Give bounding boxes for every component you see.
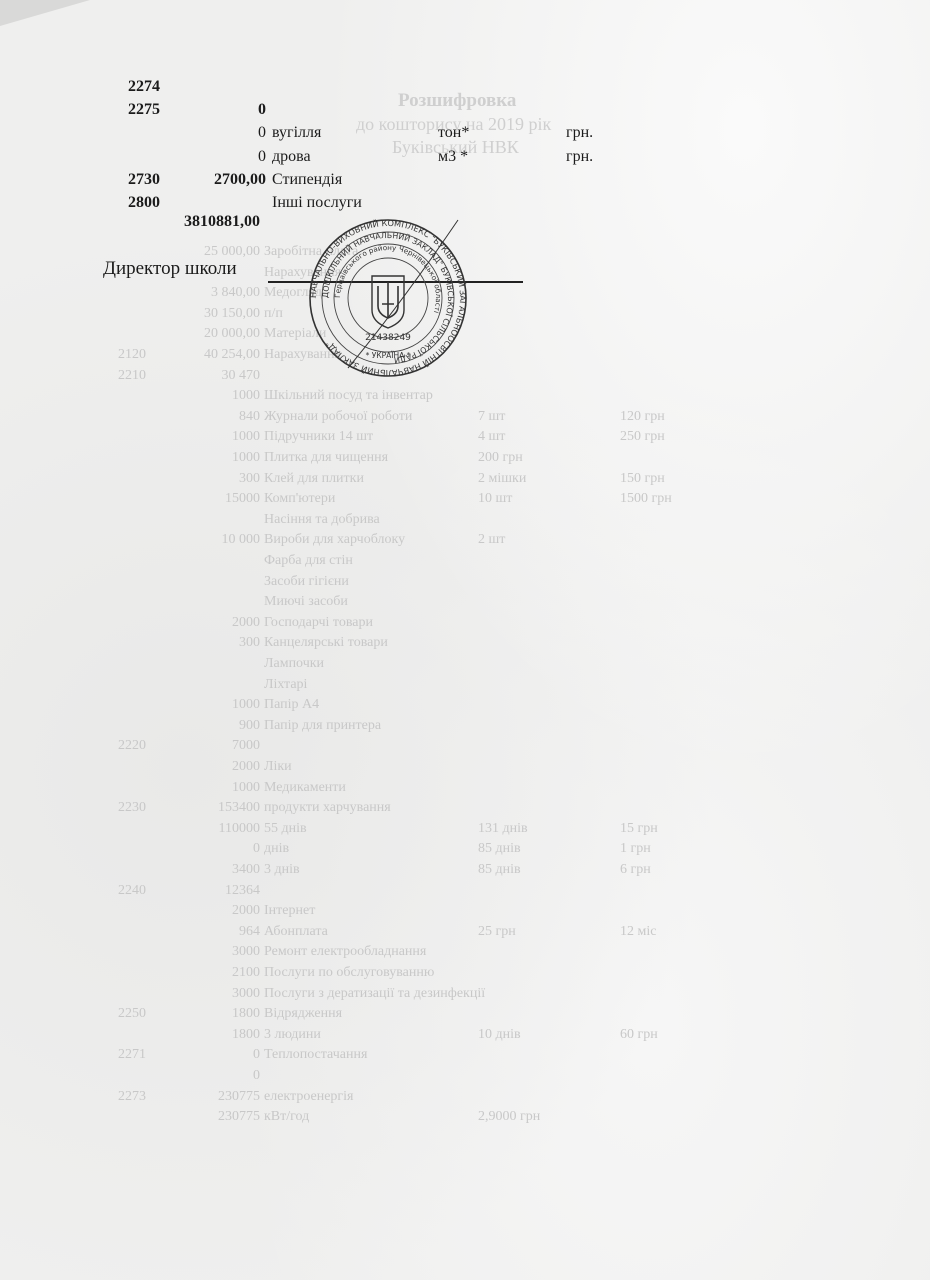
ghost-price: 120 грн xyxy=(620,409,665,425)
ghost-label: 3 людини xyxy=(264,1027,321,1043)
ghost-amount: 0 xyxy=(160,841,260,857)
ghost-amount: 3000 xyxy=(160,944,260,960)
ghost-label: Послуги з дератизації та дезинфекції xyxy=(264,986,485,1002)
ghost-amount: 40 254,00 xyxy=(160,347,260,363)
ghost-amount: 1000 xyxy=(160,429,260,445)
ghost-amount: 900 xyxy=(160,718,260,734)
row-label: дрова xyxy=(272,148,311,166)
ghost-amount: 230775 xyxy=(160,1109,260,1125)
ghost-amount: 300 xyxy=(160,635,260,651)
ghost-code: 2271 xyxy=(118,1047,146,1063)
ghost-amount: 2100 xyxy=(160,965,260,981)
ghost-code: 2220 xyxy=(118,738,146,754)
ghost-amount: 1800 xyxy=(160,1027,260,1043)
ghost-label: Шкільний посуд та інвентар xyxy=(264,388,433,404)
ghost-quantity: 2 шт xyxy=(478,532,505,548)
ghost-label: Ліхтарі xyxy=(264,677,307,693)
ghost-amount: 30 150,00 xyxy=(160,306,260,322)
ghost-amount: 1800 xyxy=(160,1006,260,1022)
row-label: вугілля xyxy=(272,124,321,142)
ghost-price: 12 міс xyxy=(620,924,656,940)
ghost-label: Папір для принтера xyxy=(264,718,381,734)
row-label: Інші послуги xyxy=(272,194,362,212)
ghost-label: Лампочки xyxy=(264,656,324,672)
ghost-label: Фарба для стін xyxy=(264,553,353,569)
ghost-amount: 7000 xyxy=(160,738,260,754)
ghost-label: Клей для плитки xyxy=(264,471,364,487)
row-amount: 2700,00 xyxy=(166,171,266,189)
row-amount: 0 xyxy=(166,101,266,119)
ghost-code: 2273 xyxy=(118,1089,146,1105)
ghost-amount: 1000 xyxy=(160,697,260,713)
ghost-amount: 1000 xyxy=(160,780,260,796)
ghost-label: продукти харчування xyxy=(264,800,391,816)
ghost-quantity: 25 грн xyxy=(478,924,516,940)
ghost-quantity: 7 шт xyxy=(478,409,505,425)
row-currency: грн. xyxy=(566,148,593,166)
ghost-amount: 964 xyxy=(160,924,260,940)
ghost-amount: 840 xyxy=(160,409,260,425)
ghost-amount: 3000 xyxy=(160,986,260,1002)
ghost-price: 1 грн xyxy=(620,841,651,857)
ghost-quantity: 10 шт xyxy=(478,491,512,507)
ghost-label: Канцелярські товари xyxy=(264,635,388,651)
ghost-quantity: 200 грн xyxy=(478,450,523,466)
ghost-quantity: 2,9000 грн xyxy=(478,1109,540,1125)
ghost-label: п/п xyxy=(264,306,283,322)
ghost-label: Засоби гігієни xyxy=(264,574,349,590)
ghost-label: Миючі засоби xyxy=(264,594,348,610)
svg-text:* УКРАЇНА *: * УКРАЇНА * xyxy=(366,351,411,360)
ghost-amount: 15000 xyxy=(160,491,260,507)
row-unit: тон* xyxy=(438,124,469,142)
ghost-quantity: 4 шт xyxy=(478,429,505,445)
row-unit: м3 * xyxy=(438,148,468,166)
ghost-code: 2250 xyxy=(118,1006,146,1022)
ghost-amount: 0 xyxy=(160,1068,260,1084)
ghost-amount: 110000 xyxy=(160,821,260,837)
ghost-amount: 230775 xyxy=(160,1089,260,1105)
total-amount: 3810881,00 xyxy=(184,213,260,231)
school-stamp-icon: НАВЧАЛЬНО-ВИХОВНИЙ КОМПЛЕКС "БУКІВСЬКИЙ … xyxy=(308,218,468,378)
ghost-code: 2230 xyxy=(118,800,146,816)
ghost-amount: 2000 xyxy=(160,903,260,919)
ghost-quantity: 85 днів xyxy=(478,862,521,878)
row-code: 2800 xyxy=(128,194,160,212)
ghost-label: електроенергія xyxy=(264,1089,353,1105)
row-label: Стипендія xyxy=(272,171,342,189)
ghost-amount: 300 xyxy=(160,471,260,487)
scanned-page: Розшифровка до кошторису на 2019 рік Бук… xyxy=(0,0,930,1280)
ghost-label: Інтернет xyxy=(264,903,315,919)
ghost-label: днів xyxy=(264,841,289,857)
row-code: 2275 xyxy=(128,101,160,119)
page-corner-fold xyxy=(0,0,90,26)
ghost-amount: 2000 xyxy=(160,615,260,631)
ghost-amount: 10 000 xyxy=(160,532,260,548)
row-currency: грн. xyxy=(566,124,593,142)
ghost-label: Відрядження xyxy=(264,1006,342,1022)
ghost-price: 15 грн xyxy=(620,821,658,837)
ghost-price: 6 грн xyxy=(620,862,651,878)
ghost-label: Послуги по обслуговуванню xyxy=(264,965,434,981)
ghost-label: Підручники 14 шт xyxy=(264,429,373,445)
row-amount: 0 xyxy=(166,148,266,166)
ghost-price: 60 грн xyxy=(620,1027,658,1043)
row-code: 2274 xyxy=(128,78,160,96)
ghost-label: 3 днів xyxy=(264,862,300,878)
ghost-label: Комп'ютери xyxy=(264,491,335,507)
ghost-code: 2240 xyxy=(118,883,146,899)
ghost-amount: 20 000,00 xyxy=(160,326,260,342)
ghost-amount: 0 xyxy=(160,1047,260,1063)
ghost-amount: 2000 xyxy=(160,759,260,775)
ghost-amount: 3 840,00 xyxy=(160,285,260,301)
ghost-quantity: 10 днів xyxy=(478,1027,521,1043)
ghost-price: 250 грн xyxy=(620,429,665,445)
ghost-label: Господарчі товари xyxy=(264,615,373,631)
ghost-label: кВт/год xyxy=(264,1109,309,1125)
ghost-label: Медикаменти xyxy=(264,780,346,796)
ghost-amount: 30 470 xyxy=(160,368,260,384)
ghost-quantity: 2 мішки xyxy=(478,471,526,487)
ghost-code: 2120 xyxy=(118,347,146,363)
ghost-quantity: 85 днів xyxy=(478,841,521,857)
ghost-label: Теплопостачання xyxy=(264,1047,367,1063)
ghost-code: 2210 xyxy=(118,368,146,384)
ghost-amount: 12364 xyxy=(160,883,260,899)
ghost-price: 150 грн xyxy=(620,471,665,487)
ghost-label: Журнали робочої роботи xyxy=(264,409,412,425)
ghost-amount: 1000 xyxy=(160,388,260,404)
ghost-amount: 3400 xyxy=(160,862,260,878)
ghost-label: Папір А4 xyxy=(264,697,319,713)
row-amount: 0 xyxy=(166,124,266,142)
ghost-label: Ремонт електрообладнання xyxy=(264,944,426,960)
ghost-amount: 153400 xyxy=(160,800,260,816)
ghost-amount: 1000 xyxy=(160,450,260,466)
ghost-label: 55 днів xyxy=(264,821,307,837)
ghost-label: Вироби для харчоблоку xyxy=(264,532,405,548)
ghost-label: Плитка для чищення xyxy=(264,450,388,466)
ghost-label: Абонплата xyxy=(264,924,328,940)
row-code: 2730 xyxy=(128,171,160,189)
ghost-label: Ліки xyxy=(264,759,292,775)
ghost-title: Розшифровка xyxy=(398,90,516,112)
ghost-price: 1500 грн xyxy=(620,491,672,507)
ghost-quantity: 131 днів xyxy=(478,821,528,837)
ghost-label: Насіння та добрива xyxy=(264,512,380,528)
signature-label: Директор школи xyxy=(103,258,237,280)
